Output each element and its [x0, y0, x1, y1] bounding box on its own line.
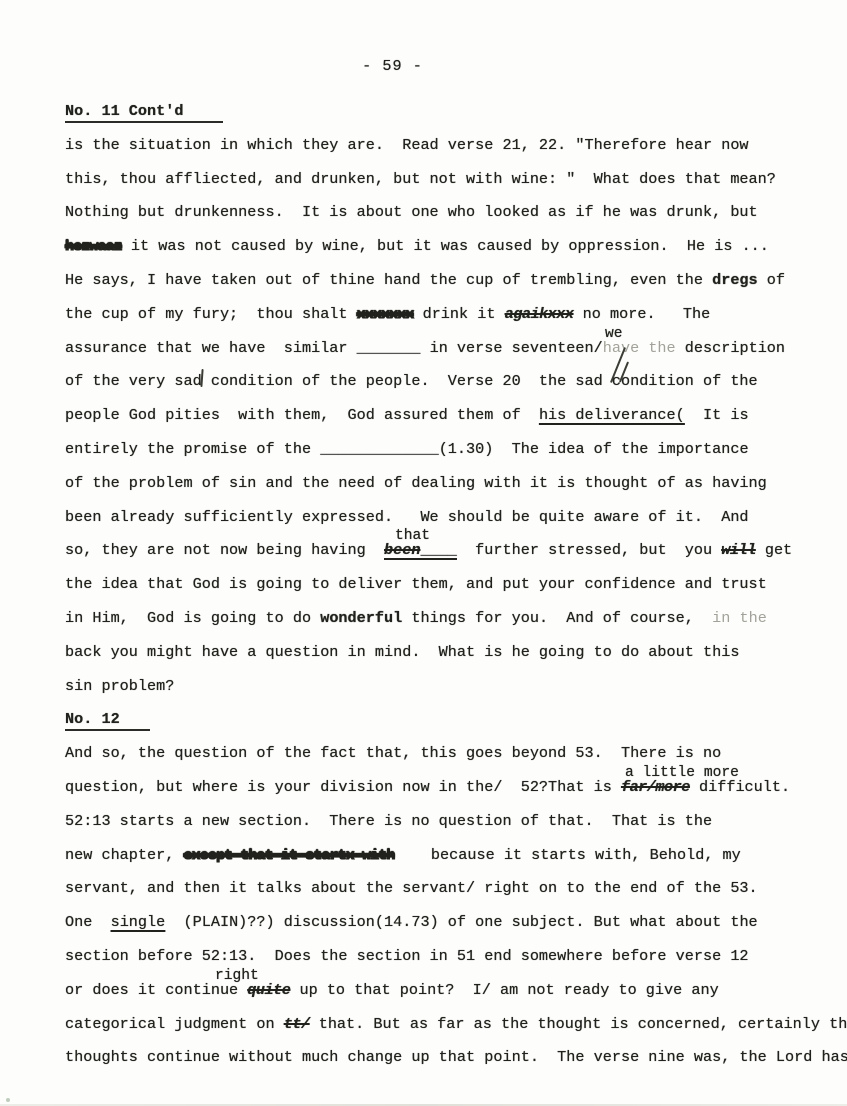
text-segment: the idea that God is going to deliver th…: [65, 575, 767, 593]
page-number: - 59 -: [0, 57, 785, 75]
scan-speck: [6, 1098, 10, 1102]
text-line: the idea that God is going to deliver th…: [65, 568, 847, 602]
text-segment: that. But as far as the thought is conce…: [310, 1015, 847, 1033]
text-line: entirely the promise of the ____________…: [65, 433, 847, 467]
text-segment: servant, and then it talks about the ser…: [65, 879, 758, 897]
text-segment: in Him, God is going to do: [65, 609, 320, 627]
text-segment: people God pities with them, God assured…: [65, 406, 539, 424]
inserted-word-above-line: we: [605, 327, 623, 342]
text-segment: sin problem?: [65, 677, 174, 695]
text-segment: of the problem of sin and the need of de…: [65, 474, 767, 492]
text-segment: categorical judgment on: [65, 1015, 284, 1033]
text-line: the cup of my fury; thou shalt xxxxxxx d…: [65, 298, 847, 332]
text-segment: the cup of my fury; thou shalt: [65, 305, 357, 323]
text-segment: no more. The: [574, 305, 711, 323]
text-segment: because it starts with, Behold, my: [394, 846, 740, 864]
text-segment: is the situation in which they are. Read…: [65, 136, 749, 154]
text-line: sin problem?: [65, 670, 847, 704]
inserted-word-above-line: that: [395, 529, 430, 544]
heading-section-12: No. 12: [65, 703, 847, 737]
text-line: back you might have a question in mind. …: [65, 636, 847, 670]
text-segment: dregs: [712, 271, 758, 289]
inserted-word-above-line: a little more: [625, 766, 739, 781]
text-line: so, they are not now being having been__…: [65, 534, 847, 568]
struck-out-text: tt/: [284, 1015, 310, 1033]
text-segment: And so, the question of the fact that, t…: [65, 744, 721, 762]
text-segment: it was not caused by wine, but it was ca…: [122, 237, 769, 255]
text-line: question, but where is your division now…: [65, 771, 847, 805]
text-segment: drink it: [413, 305, 504, 323]
typed-overstrike-text: hezwaaz: [65, 237, 122, 255]
text-segment: so, they are not now being having: [65, 541, 384, 559]
text-line: section before 52:13. Does the section i…: [65, 940, 847, 974]
text-segment: It is: [685, 406, 749, 424]
text-segment: section before 52:13. Does the section i…: [65, 947, 749, 965]
text-segment: things for you. And of course,: [402, 609, 712, 627]
text-segment: question, but where is your division now…: [65, 778, 621, 796]
page-body-text: No. 11 Cont'dis the situation in which t…: [65, 95, 847, 1075]
text-segment: get: [756, 541, 792, 559]
section-heading-text: No. 12: [65, 710, 150, 731]
text-segment: in verse seventeen/: [420, 339, 602, 357]
typed-overstrike-text: xxxxxxx: [357, 305, 414, 323]
text-line: is the situation in which they are. Read…: [65, 129, 847, 163]
text-segment: description: [676, 339, 785, 357]
text-segment: wonderful: [320, 609, 402, 627]
text-segment: this, thou affliected, and drunken, but …: [65, 170, 776, 188]
text-line: of the problem of sin and the need of de…: [65, 467, 847, 501]
text-segment: up to that point? I/ am not ready to giv…: [290, 981, 718, 999]
text-line: new chapter, except that it startx with …: [65, 839, 847, 873]
text-line: hezwaaz it was not caused by wine, but i…: [65, 230, 847, 264]
heading-section-11: No. 11 Cont'd: [65, 95, 847, 129]
text-segment: been already sufficiently expressed. We …: [65, 508, 749, 526]
underlined-text: his deliverance(: [539, 406, 685, 424]
text-segment: thoughts continue without much change up…: [65, 1048, 847, 1066]
text-segment: further stressed, but you: [457, 541, 721, 559]
section-heading-text: No. 11 Cont'd: [65, 102, 223, 123]
text-line: Nothing but drunkenness. It is about one…: [65, 196, 847, 230]
text-segment: 52:13 starts a new section. There is no …: [65, 812, 712, 830]
text-line: of the very sad condition of the people.…: [65, 365, 847, 399]
text-segment: new chapter,: [65, 846, 183, 864]
text-segment: Nothing but drunkenness. It is about one…: [65, 203, 758, 221]
text-segment: One: [65, 913, 111, 931]
typed-overstrike-text: except that it startx with: [183, 846, 394, 864]
text-line: assurance that we have similar _______ i…: [65, 332, 847, 366]
faint-text: in the: [712, 609, 767, 627]
text-line: this, thou affliected, and drunken, but …: [65, 163, 847, 197]
text-segment: assurance that we have similar: [65, 339, 357, 357]
text-line: servant, and then it talks about the ser…: [65, 872, 847, 906]
text-line: One single (PLAIN)??) discussion(14.73) …: [65, 906, 847, 940]
text-line: in Him, God is going to do wonderful thi…: [65, 602, 847, 636]
struck-out-text: agaikxxx: [505, 305, 574, 323]
text-segment: _____________: [320, 440, 438, 458]
text-segment: back you might have a question in mind. …: [65, 643, 739, 661]
struck-out-text: will: [721, 541, 755, 559]
text-segment: (1.30) The idea of the importance: [439, 440, 749, 458]
text-line: or does it continue quite up to that poi…: [65, 974, 847, 1008]
text-line: He says, I have taken out of thine hand …: [65, 264, 847, 298]
inserted-word-above-line: right: [215, 969, 259, 984]
underlined-text: single: [111, 913, 166, 931]
text-line: been already sufficiently expressed. We …: [65, 501, 847, 535]
text-segment: He says, I have taken out of thine hand …: [65, 271, 712, 289]
text-segment: of the very sad condition of the people.…: [65, 372, 758, 390]
typewritten-manuscript-page: - 59 - No. 11 Cont'dis the situation in …: [0, 0, 847, 1106]
text-line: thoughts continue without much change up…: [65, 1041, 847, 1075]
text-line: categorical judgment on tt/ that. But as…: [65, 1008, 847, 1042]
text-segment: _______: [357, 339, 421, 357]
text-segment: (PLAIN)??) discussion(14.73) of one subj…: [165, 913, 757, 931]
text-line: people God pities with them, God assured…: [65, 399, 847, 433]
text-line: 52:13 starts a new section. There is no …: [65, 805, 847, 839]
text-segment: entirely the promise of the: [65, 440, 320, 458]
text-segment: of: [758, 271, 785, 289]
